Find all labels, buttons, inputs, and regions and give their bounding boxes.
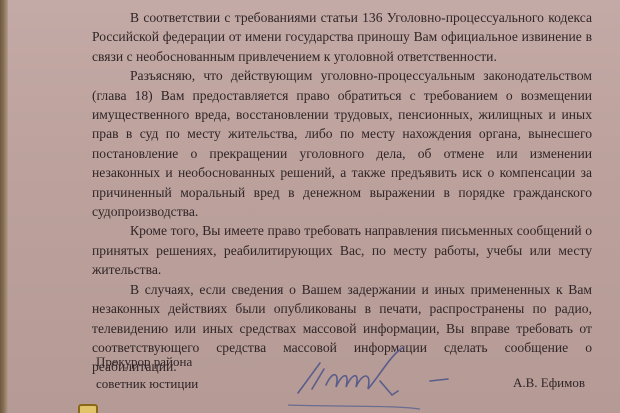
paragraph-apology: В соответствии с требованиями статьи 136… (92, 8, 592, 66)
position-title: Прокурор района (96, 354, 198, 376)
letter-body: В соответствии с требованиями статьи 136… (92, 8, 592, 377)
paragraph-notification-right: Кроме того, Вы имеете право требовать на… (92, 221, 592, 279)
position-rank: советник юстиции (96, 376, 198, 398)
paragraph-rights-explanation: Разъясняю, что действующим уголовно-проц… (92, 66, 592, 221)
document-photo: В соответствии с требованиями статьи 136… (0, 0, 620, 413)
signatory-name: А.В. Ефимов (513, 375, 585, 391)
handwritten-signature (280, 345, 480, 413)
paper-edge (0, 0, 8, 413)
photo-corner-tag (78, 404, 98, 413)
signatory-position: Прокурор района советник юстиции (96, 354, 198, 398)
